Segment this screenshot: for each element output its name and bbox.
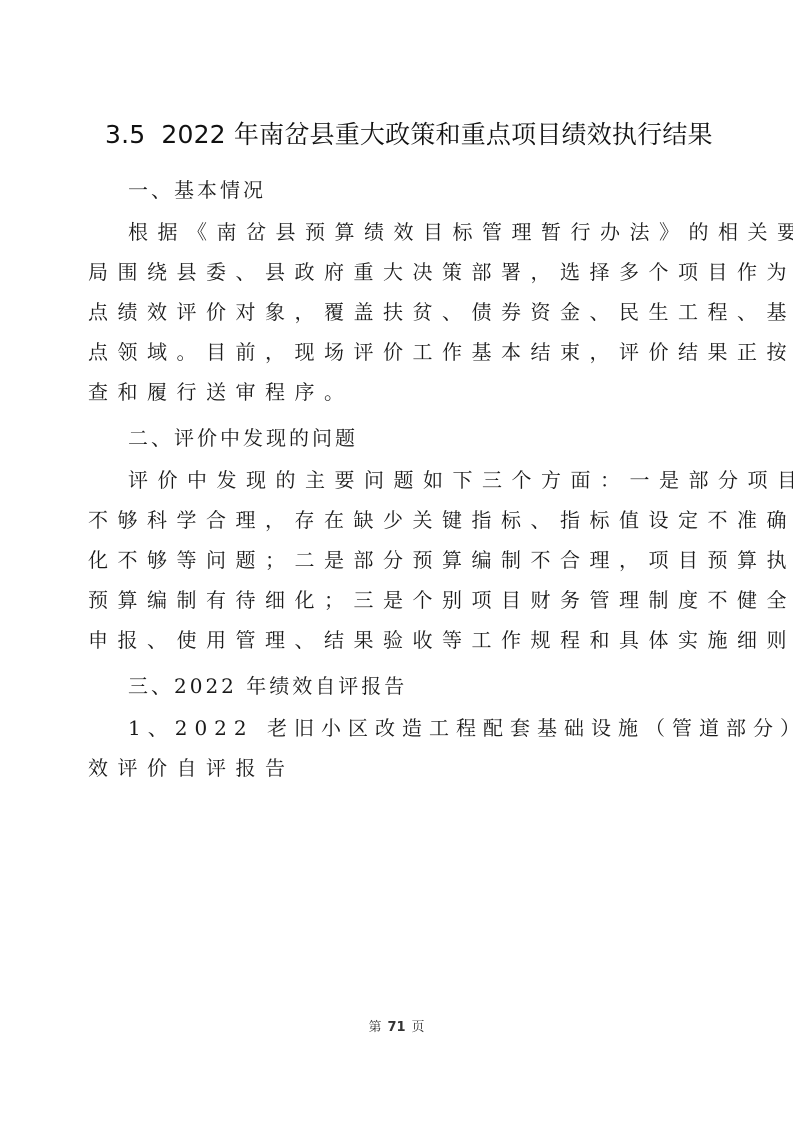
paragraph-line: 点绩效评价对象，覆盖扶贫、债券资金、民生工程、基建工程等重: [88, 298, 700, 326]
paragraph-line: 局围绕县委、县政府重大决策部署，选择多个项目作为县级财政重: [88, 258, 700, 286]
document-page: 3.52022 年南岔县重大政策和重点项目绩效执行结果 一、基本情况 根据《南岔…: [0, 0, 793, 1122]
section-heading-self-evaluation: 三、2022 年绩效自评报告: [128, 672, 740, 700]
page-number-suffix: 页: [412, 1020, 425, 1035]
paragraph-line: 申报、使用管理、结果验收等工作规程和具体实施细则。: [88, 626, 700, 654]
section-heading-problems: 二、评价中发现的问题: [128, 424, 740, 452]
paragraph-line: 化不够等问题；二是部分预算编制不合理，项目预算执行率较低，: [88, 546, 700, 574]
page-number: 71: [387, 1020, 405, 1035]
page-footer: 第71页: [0, 1016, 793, 1035]
paragraph-line: 根据《南岔县预算绩效目标管理暂行办法》的相关要求县财政: [128, 218, 700, 246]
paragraph-line: 评价中发现的主要问题如下三个方面：一是部分项目绩效目标: [128, 466, 740, 494]
page-title: 3.52022 年南岔县重大政策和重点项目绩效执行结果: [105, 118, 705, 152]
page-number-prefix: 第: [368, 1020, 381, 1035]
report-item-title-continued: 效评价自评报告: [88, 754, 700, 782]
title-number: 3.5: [105, 120, 145, 149]
report-item-title: 1、2022 老旧小区改造工程配套基础设施（管道部分）项目绩: [128, 714, 740, 742]
paragraph-line: 预算编制有待细化；三是个别项目财务管理制度不健全，缺少立项: [88, 586, 700, 614]
section-heading-basic-info: 一、基本情况: [128, 176, 740, 204]
paragraph-line: 点领域。目前，现场评价工作基本结束，评价结果正按程序组织审: [88, 338, 700, 366]
paragraph-line: 不够科学合理，存在缺少关键指标、指标值设定不准确，量化、细: [88, 506, 700, 534]
paragraph-line: 查和履行送审程序。: [88, 378, 700, 406]
title-text: 2022 年南岔县重大政策和重点项目绩效执行结果: [161, 120, 712, 149]
